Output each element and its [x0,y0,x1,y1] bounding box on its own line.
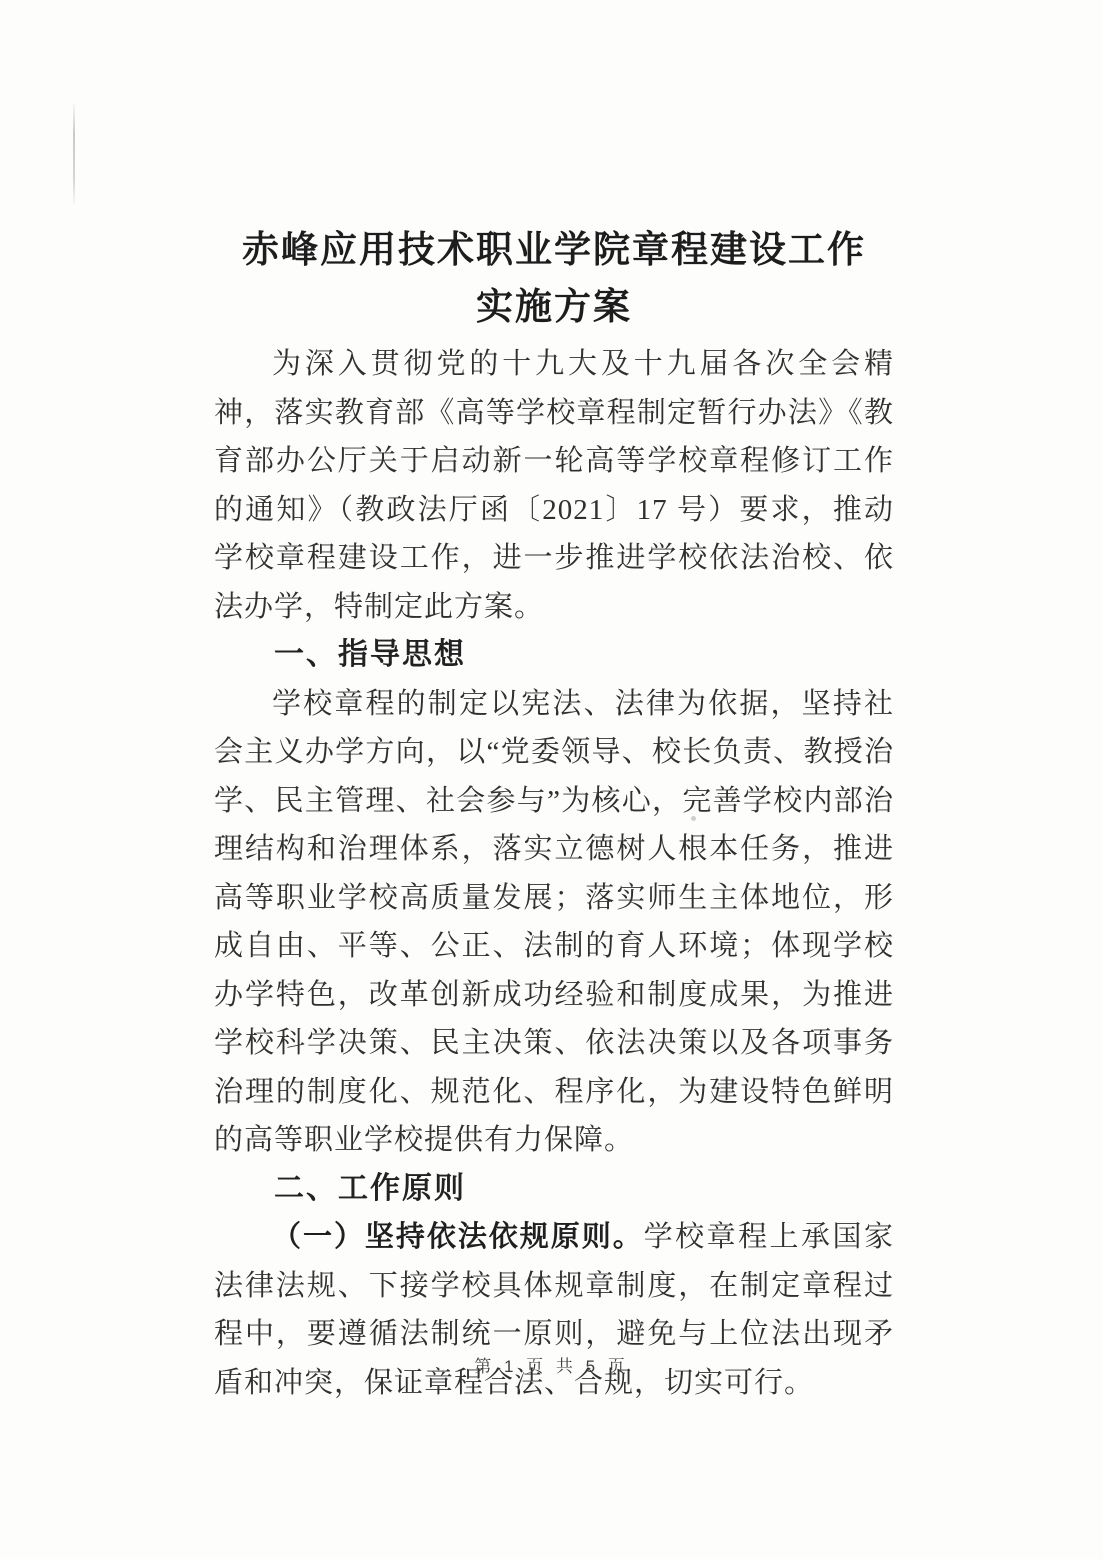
document-title-line-1: 赤峰应用技术职业学院章程建设工作 [214,222,894,279]
intro-paragraph: 为深入贯彻党的十九大及十九届各次全会精神，落实教育部《高等学校章程制定暂行办法》… [214,340,894,631]
document-title: 赤峰应用技术职业学院章程建设工作 实施方案 [214,222,894,336]
page-footer: 第 1 页 共 5 页 [0,1352,1103,1377]
section-1-heading: 一、指导思想 [214,631,894,680]
document-content: 赤峰应用技术职业学院章程建设工作 实施方案 为深入贯彻党的十九大及十九届各次全会… [214,222,894,1407]
principle-1-paragraph: （一）坚持依法依规原则。学校章程上承国家法律法规、下接学校具体规章制度，在制定章… [214,1213,894,1407]
scanned-document-page: 赤峰应用技术职业学院章程建设工作 实施方案 为深入贯彻党的十九大及十九届各次全会… [0,0,1103,1559]
section-1-body: 学校章程的制定以宪法、法律为依据，坚持社会主义办学方向，以“党委领导、校长负责、… [214,680,894,1165]
document-title-line-2: 实施方案 [214,279,894,336]
page-number-text: 第 1 页 共 5 页 [474,1357,629,1376]
section-2-heading: 二、工作原则 [214,1165,894,1214]
scan-artifact-line [73,104,75,204]
principle-1-label: （一）坚持依法依规原则。 [272,1221,644,1253]
